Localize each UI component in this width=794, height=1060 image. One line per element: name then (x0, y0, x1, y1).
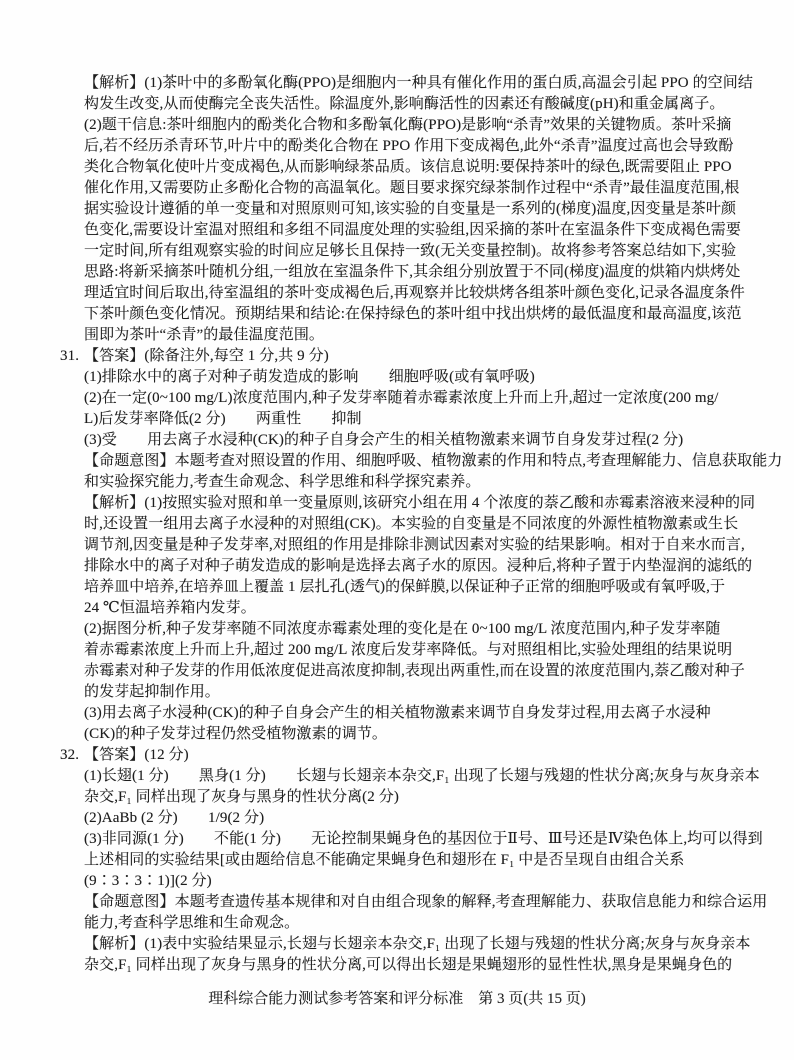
line-text: (1)排除水中的离子对种子萌发造成的影响 细胞呼吸(或有氧呼吸) (84, 369, 535, 385)
line-text: 杂交,F₁ 同样出现了灰身与黑身的性状分离(2 分) (84, 789, 399, 805)
line-text: 催化作用,又需要防止多酚化合物的高温氧化。题目要求探究绿茶制作过程中“杀青”最佳… (84, 180, 739, 196)
text-line: 调节剂,因变量是种子发芽率,对照组的作用是排除非测试因素对实验的结果影响。相对于… (84, 535, 744, 556)
line-text: (2)据图分析,种子发芽率随不同浓度赤霉素处理的变化是在 0~100 mg/L … (84, 621, 721, 637)
question-number: 31. (60, 346, 79, 367)
text-line: (3)非同源(1 分) 不能(1 分) 无论控制果蝇身色的基因位于Ⅱ号、Ⅲ号还是… (84, 829, 744, 850)
text-line: 杂交,F₁ 同样出现了灰身与黑身的性状分离(2 分) (84, 787, 744, 808)
text-line: 的发芽起抑制作用。 (84, 682, 744, 703)
line-text: 后,若不经历杀青环节,叶片中的酚类化合物在 PPO 作用下变成褐色,此外“杀青”… (84, 138, 734, 154)
line-text: 【命题意图】本题考查对照设置的作用、细胞呼吸、植物激素的作用和特点,考查理解能力… (84, 453, 782, 469)
text-line: 排除水中的离子对种子萌发造成的影响是选择去离子水的原因。浸种后,将种子置于内垫湿… (84, 556, 744, 577)
line-text: (9∶3∶3∶1)](2 分) (84, 873, 212, 889)
document-page: 【解析】(1)茶叶中的多酚氧化酶(PPO)是细胞内一种具有催化作用的蛋白质,高温… (0, 0, 794, 1060)
line-text: 赤霉素对种子发芽的作用低浓度促进高浓度抑制,表现出两重性,而在设置的浓度范围内,… (84, 663, 745, 679)
text-line: (9∶3∶3∶1)](2 分) (84, 871, 744, 892)
line-text: 围即为茶叶“杀青”的最佳温度范围。 (84, 327, 324, 343)
text-line: 上述相同的实验结果[或由题给信息不能确定果蝇身色和翅形在 F₁ 中是否呈现自由组… (84, 850, 744, 871)
text-line: (2)据图分析,种子发芽率随不同浓度赤霉素处理的变化是在 0~100 mg/L … (84, 619, 744, 640)
text-line: 构发生改变,从而使酶完全丧失活性。除温度外,影响酶活性的因素还有酸碱度(pH)和… (84, 94, 744, 115)
page-footer: 理科综合能力测试参考答案和评分标准 第 3 页(共 15 页) (0, 989, 794, 1010)
line-text: 着赤霉素浓度上升而上升,超过 200 mg/L 浓度后发芽率降低。与对照组相比,… (84, 642, 732, 658)
line-text: 构发生改变,从而使酶完全丧失活性。除温度外,影响酶活性的因素还有酸碱度(pH)和… (84, 96, 724, 112)
text-line: 24 ℃恒温培养箱内发芽。 (84, 598, 744, 619)
line-text: 类化合物氧化使叶片变成褐色,从而影响绿茶品质。该信息说明:要保持茶叶的绿色,既需… (84, 159, 732, 175)
question-number: 32. (60, 745, 79, 766)
text-line: 后,若不经历杀青环节,叶片中的酚类化合物在 PPO 作用下变成褐色,此外“杀青”… (84, 136, 744, 157)
text-line: (2)题干信息:茶叶细胞内的酚类化合物和多酚氧化酶(PPO)是影响“杀青”效果的… (84, 115, 744, 136)
text-line: 赤霉素对种子发芽的作用低浓度促进高浓度抑制,表现出两重性,而在设置的浓度范围内,… (84, 661, 744, 682)
text-line: 【命题意图】本题考查遗传基本规律和对自由组合现象的解释,考查理解能力、获取信息能… (84, 892, 744, 913)
line-text: (3)非同源(1 分) 不能(1 分) 无论控制果蝇身色的基因位于Ⅱ号、Ⅲ号还是… (84, 831, 763, 847)
line-text: 能力,考查科学思维和生命观念。 (84, 915, 299, 931)
text-line: 31.【答案】(除备注外,每空 1 分,共 9 分) (84, 346, 744, 367)
text-line: 类化合物氧化使叶片变成褐色,从而影响绿茶品质。该信息说明:要保持茶叶的绿色,既需… (84, 157, 744, 178)
line-text: 和实验探究能力,考查生命观念、科学思维和科学探究素养。 (84, 474, 480, 490)
line-text: 24 ℃恒温培养箱内发芽。 (84, 600, 256, 616)
line-text: 一定时间,所有组观察实验的时间应足够长且保持一致(无关变量控制)。故将参考答案总… (84, 243, 736, 259)
answer-content: 【解析】(1)茶叶中的多酚氧化酶(PPO)是细胞内一种具有催化作用的蛋白质,高温… (84, 73, 744, 976)
line-text: 思路:将新采摘茶叶随机分组,一组放在室温条件下,其余组分别放置于不同(梯度)温度… (84, 264, 740, 280)
text-line: (3)受 用去离子水浸种(CK)的种子自身会产生的相关植物激素来调节自身发芽过程… (84, 430, 744, 451)
text-line: 下茶叶颜色变化情况。预期结果和结论:在保持绿色的茶叶组中找出烘烤的最低温度和最高… (84, 304, 744, 325)
text-line: 思路:将新采摘茶叶随机分组,一组放在室温条件下,其余组分别放置于不同(梯度)温度… (84, 262, 744, 283)
line-text: (3)用去离子水浸种(CK)的种子自身会产生的相关植物激素来调节自身发芽过程,用… (84, 705, 711, 721)
line-text: 【答案】(12 分) (84, 747, 189, 763)
text-line: 【解析】(1)茶叶中的多酚氧化酶(PPO)是细胞内一种具有催化作用的蛋白质,高温… (84, 73, 744, 94)
text-line: (1)长翅(1 分) 黑身(1 分) 长翅与长翅亲本杂交,F₁ 出现了长翅与残翅… (84, 766, 744, 787)
line-text: 【命题意图】本题考查遗传基本规律和对自由组合现象的解释,考查理解能力、获取信息能… (84, 894, 767, 910)
text-line: (2)在一定(0~100 mg/L)浓度范围内,种子发芽率随着赤霉素浓度上升而上… (84, 388, 744, 409)
text-line: 和实验探究能力,考查生命观念、科学思维和科学探究素养。 (84, 472, 744, 493)
line-text: 色变化,需要设计室温对照组和多组不同温度处理的实验组,因采摘的茶叶在室温条件下变… (84, 222, 741, 238)
line-text: (2)AaBb (2 分) 1/9(2 分) (84, 810, 264, 826)
line-text: 【解析】(1)茶叶中的多酚氧化酶(PPO)是细胞内一种具有催化作用的蛋白质,高温… (84, 75, 753, 91)
line-text: (1)长翅(1 分) 黑身(1 分) 长翅与长翅亲本杂交,F₁ 出现了长翅与残翅… (84, 768, 760, 784)
line-text: 【解析】(1)表中实验结果显示,长翅与长翅亲本杂交,F₁ 出现了长翅与残翅的性状… (84, 936, 750, 952)
text-line: (3)用去离子水浸种(CK)的种子自身会产生的相关植物激素来调节自身发芽过程,用… (84, 703, 744, 724)
text-line: 一定时间,所有组观察实验的时间应足够长且保持一致(无关变量控制)。故将参考答案总… (84, 241, 744, 262)
line-text: 理适宜时间后取出,待室温组的茶叶变成褐色后,再观察并比较烘烤各组茶叶颜色变化,记… (84, 285, 745, 301)
line-text: 的发芽起抑制作用。 (84, 684, 220, 700)
text-line: 【解析】(1)按照实验对照和单一变量原则,该研究小组在用 4 个浓度的萘乙酸和赤… (84, 493, 744, 514)
line-text: 下茶叶颜色变化情况。预期结果和结论:在保持绿色的茶叶组中找出烘烤的最低温度和最高… (84, 306, 741, 322)
line-text: 排除水中的离子对种子萌发造成的影响是选择去离子水的原因。浸种后,将种子置于内垫湿… (84, 558, 752, 574)
text-line: 能力,考查科学思维和生命观念。 (84, 913, 744, 934)
text-line: 据实验设计遵循的单一变量和对照原则可知,该实验的自变量是一系列的(梯度)温度,因… (84, 199, 744, 220)
line-text: (3)受 用去离子水浸种(CK)的种子自身会产生的相关植物激素来调节自身发芽过程… (84, 432, 683, 448)
text-line: 【命题意图】本题考查对照设置的作用、细胞呼吸、植物激素的作用和特点,考查理解能力… (84, 451, 744, 472)
line-text: 上述相同的实验结果[或由题给信息不能确定果蝇身色和翅形在 F₁ 中是否呈现自由组… (84, 852, 684, 868)
text-line: 理适宜时间后取出,待室温组的茶叶变成褐色后,再观察并比较烘烤各组茶叶颜色变化,记… (84, 283, 744, 304)
text-line: 培养皿中培养,在培养皿上覆盖 1 层扎孔(透气)的保鲜膜,以保证种子正常的细胞呼… (84, 577, 744, 598)
text-line: 32.【答案】(12 分) (84, 745, 744, 766)
line-text: 据实验设计遵循的单一变量和对照原则可知,该实验的自变量是一系列的(梯度)温度,因… (84, 201, 736, 217)
text-line: (1)排除水中的离子对种子萌发造成的影响 细胞呼吸(或有氧呼吸) (84, 367, 744, 388)
footer-text: 理科综合能力测试参考答案和评分标准 第 3 页(共 15 页) (208, 991, 586, 1007)
line-text: (CK)的种子发芽过程仍然受植物激素的调节。 (84, 726, 387, 742)
line-text: (2)在一定(0~100 mg/L)浓度范围内,种子发芽率随着赤霉素浓度上升而上… (84, 390, 719, 406)
line-text: 【解析】(1)按照实验对照和单一变量原则,该研究小组在用 4 个浓度的萘乙酸和赤… (84, 495, 755, 511)
text-lines: 【解析】(1)茶叶中的多酚氧化酶(PPO)是细胞内一种具有催化作用的蛋白质,高温… (84, 73, 744, 976)
text-line: 催化作用,又需要防止多酚化合物的高温氧化。题目要求探究绿茶制作过程中“杀青”最佳… (84, 178, 744, 199)
line-text: 时,还设置一组用去离子水浸种的对照组(CK)。本实验的自变量是不同浓度的外源性植… (84, 516, 738, 532)
text-line: 杂交,F₁ 同样出现了灰身与黑身的性状分离,可以得出长翅是果蝇翅形的显性性状,黑… (84, 955, 744, 976)
text-line: 围即为茶叶“杀青”的最佳温度范围。 (84, 325, 744, 346)
line-text: 培养皿中培养,在培养皿上覆盖 1 层扎孔(透气)的保鲜膜,以保证种子正常的细胞呼… (84, 579, 725, 595)
text-line: 色变化,需要设计室温对照组和多组不同温度处理的实验组,因采摘的茶叶在室温条件下变… (84, 220, 744, 241)
line-text: 杂交,F₁ 同样出现了灰身与黑身的性状分离,可以得出长翅是果蝇翅形的显性性状,黑… (84, 957, 732, 973)
text-line: (2)AaBb (2 分) 1/9(2 分) (84, 808, 744, 829)
line-text: (2)题干信息:茶叶细胞内的酚类化合物和多酚氧化酶(PPO)是影响“杀青”效果的… (84, 117, 731, 133)
text-line: 时,还设置一组用去离子水浸种的对照组(CK)。本实验的自变量是不同浓度的外源性植… (84, 514, 744, 535)
text-line: 着赤霉素浓度上升而上升,超过 200 mg/L 浓度后发芽率降低。与对照组相比,… (84, 640, 744, 661)
text-line: (CK)的种子发芽过程仍然受植物激素的调节。 (84, 724, 744, 745)
text-line: 【解析】(1)表中实验结果显示,长翅与长翅亲本杂交,F₁ 出现了长翅与残翅的性状… (84, 934, 744, 955)
text-line: L)后发芽率降低(2 分) 两重性 抑制 (84, 409, 744, 430)
line-text: 调节剂,因变量是种子发芽率,对照组的作用是排除非测试因素对实验的结果影响。相对于… (84, 537, 745, 553)
line-text: L)后发芽率降低(2 分) 两重性 抑制 (84, 411, 362, 427)
line-text: 【答案】(除备注外,每空 1 分,共 9 分) (84, 348, 329, 364)
